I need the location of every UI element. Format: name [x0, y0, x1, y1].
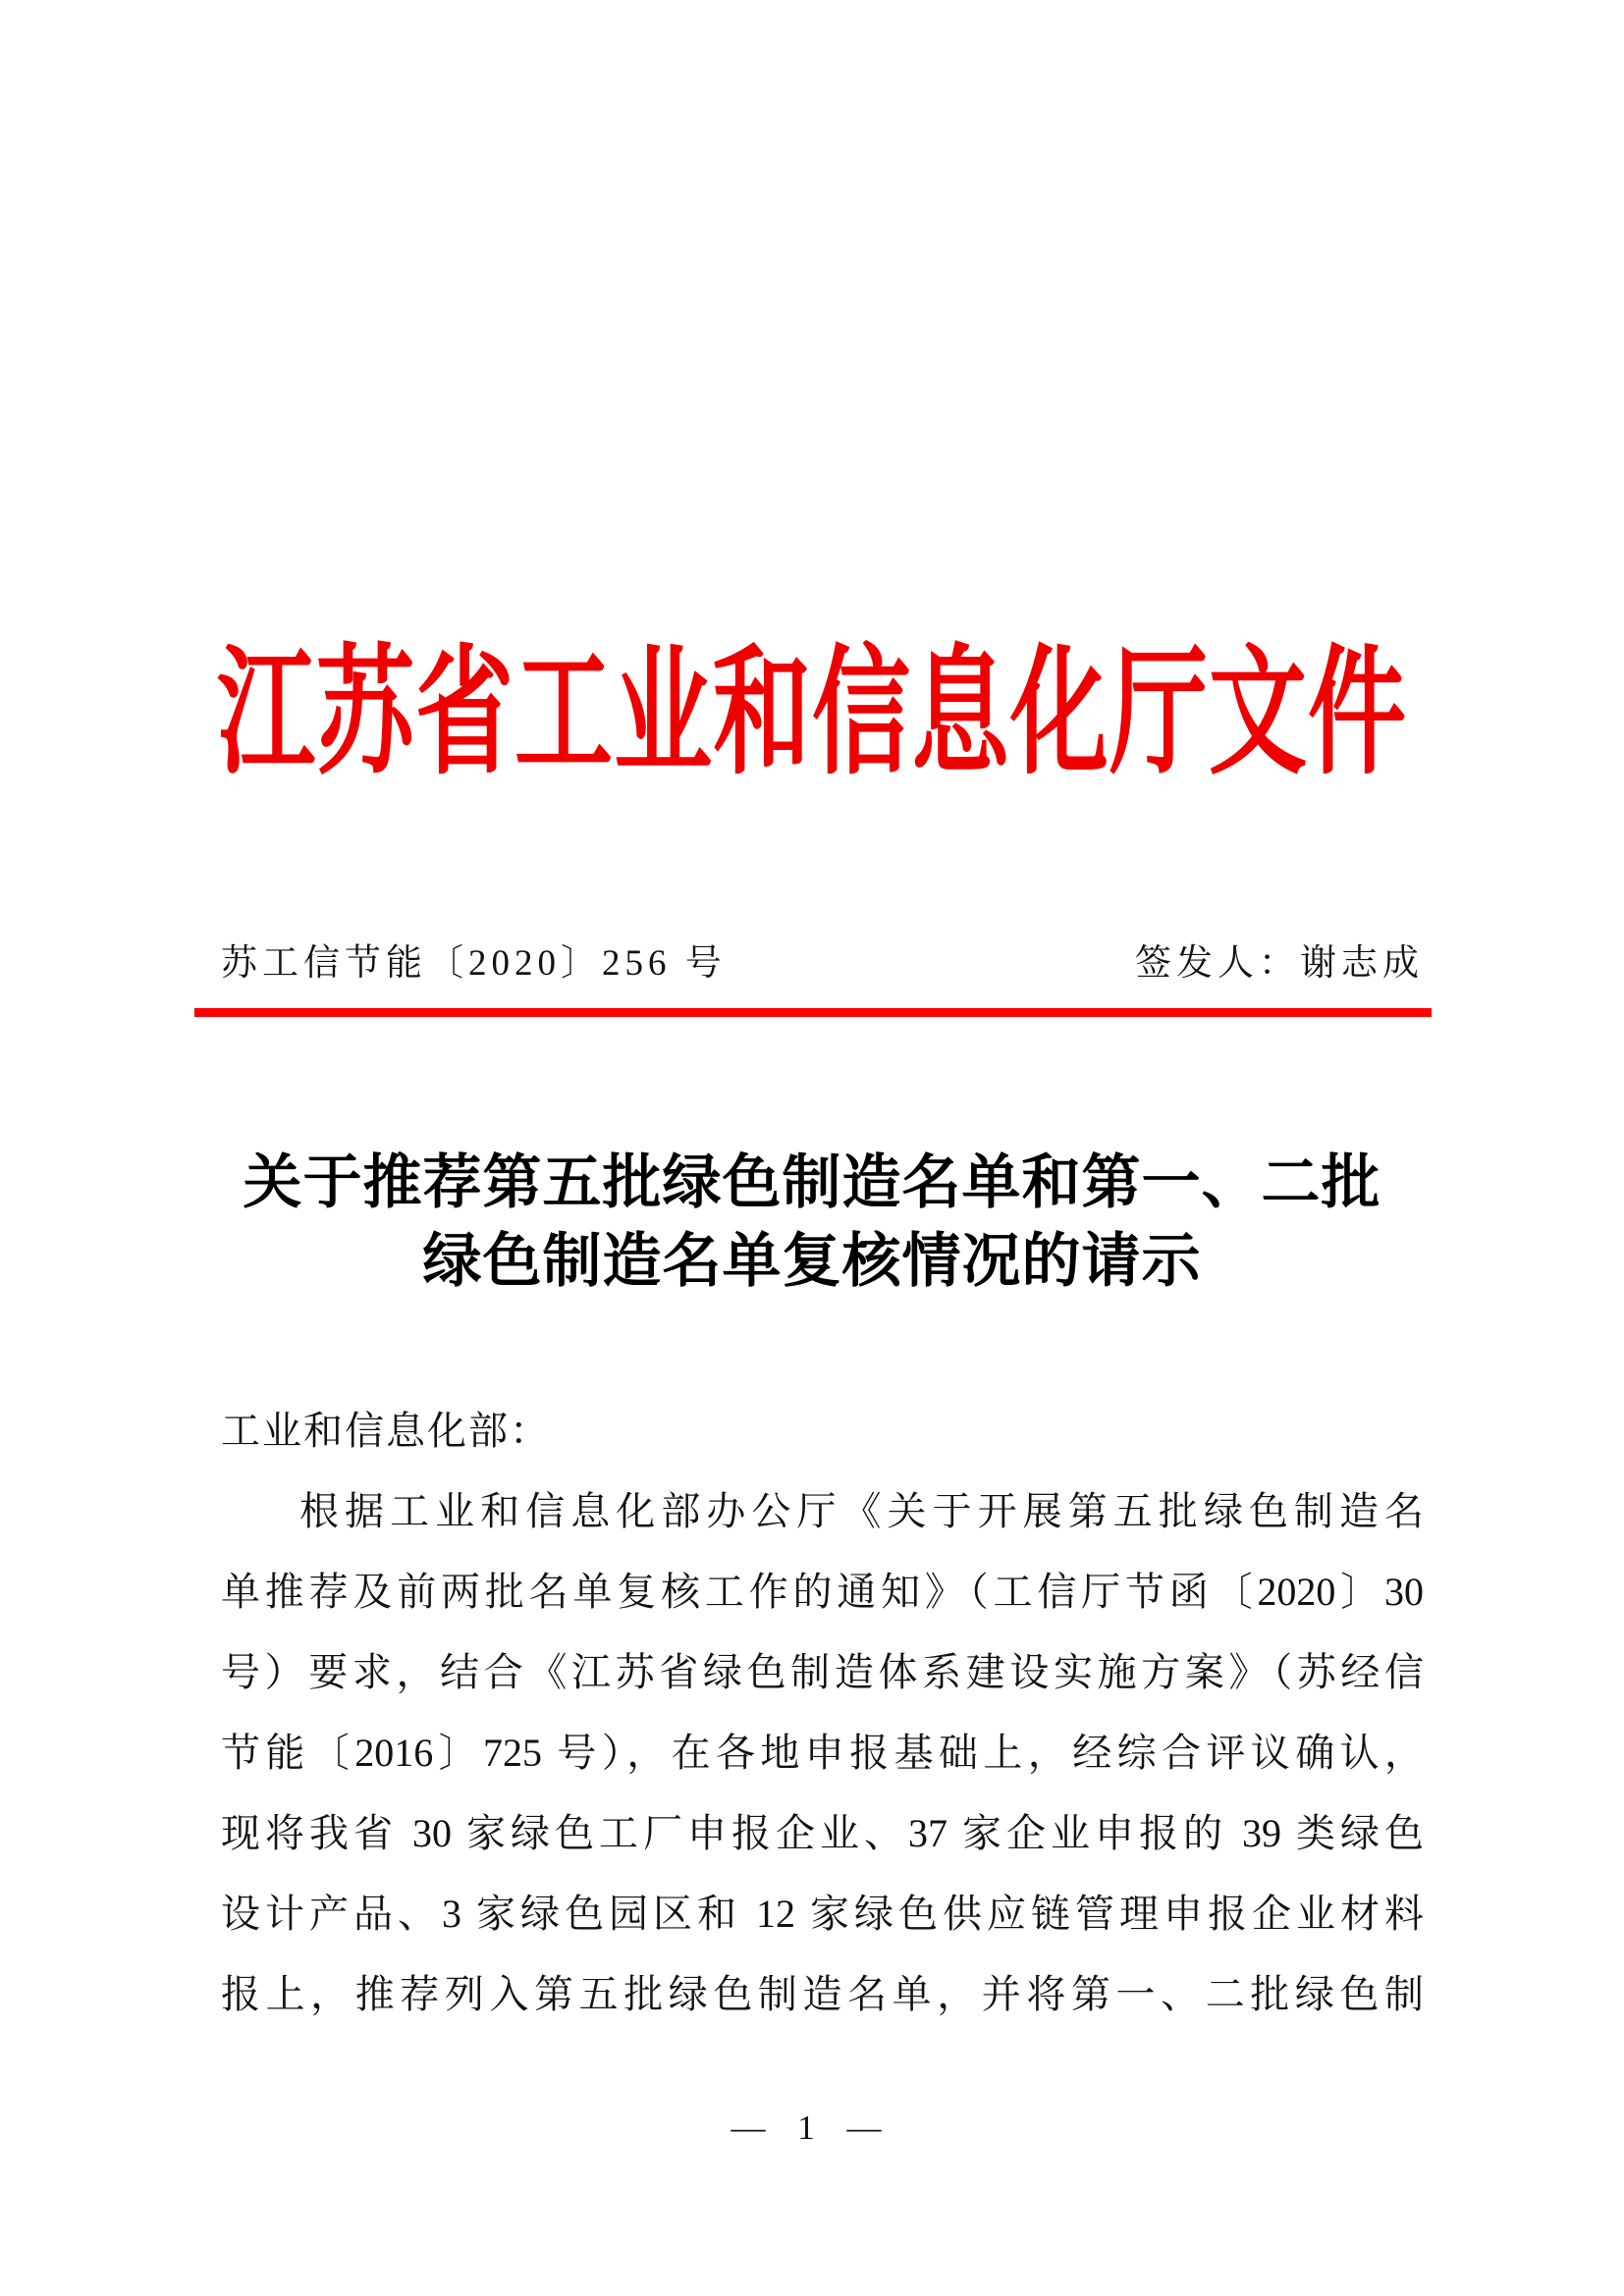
salutation: 工业和信息化部： [221, 1391, 1424, 1471]
document-title-line-2: 绿色制造名单复核情况的请示 [0, 1222, 1624, 1301]
body-line: 设计产品、3 家绿色园区和 12 家绿色供应链管理申报企业材料 [221, 1874, 1424, 1954]
document-body: 工业和信息化部： 根据工业和信息化部办公厅《关于开展第五批绿色制造名 单推荐及前… [221, 1391, 1424, 2035]
page-number: — 1 — [0, 2109, 1624, 2148]
document-title: 关于推荐第五批绿色制造名单和第一、二批 绿色制造名单复核情况的请示 [0, 1144, 1624, 1301]
body-line: 根据工业和信息化部办公厅《关于开展第五批绿色制造名 [221, 1471, 1424, 1552]
reference-row: 苏工信节能〔2020〕256 号 签发人：谢志成 [221, 942, 1424, 986]
doc-number: 苏工信节能〔2020〕256 号 [221, 942, 727, 986]
document-page: 江苏省工业和信息化厅文件 苏工信节能〔2020〕256 号 签发人：谢志成 关于… [0, 0, 1624, 2296]
body-line: 单推荐及前两批名单复核工作的通知》（工信厅节函〔2020〕30 [221, 1552, 1424, 1632]
document-title-line-1: 关于推荐第五批绿色制造名单和第一、二批 [0, 1144, 1624, 1222]
body-line: 节能〔2016〕725 号），在各地申报基础上，经综合评议确认， [221, 1713, 1424, 1793]
body-line: 现将我省 30 家绿色工厂申报企业、37 家企业申报的 39 类绿色 [221, 1793, 1424, 1874]
body-line: 报上，推荐列入第五批绿色制造名单，并将第一、二批绿色制 [221, 1954, 1424, 2035]
red-divider-rule [194, 1008, 1432, 1017]
letterhead-title: 江苏省工业和信息化厅文件 [0, 645, 1624, 784]
signer-label: 签发人：谢志成 [1135, 942, 1424, 986]
body-line: 号）要求，结合《江苏省绿色制造体系建设实施方案》（苏经信 [221, 1632, 1424, 1713]
